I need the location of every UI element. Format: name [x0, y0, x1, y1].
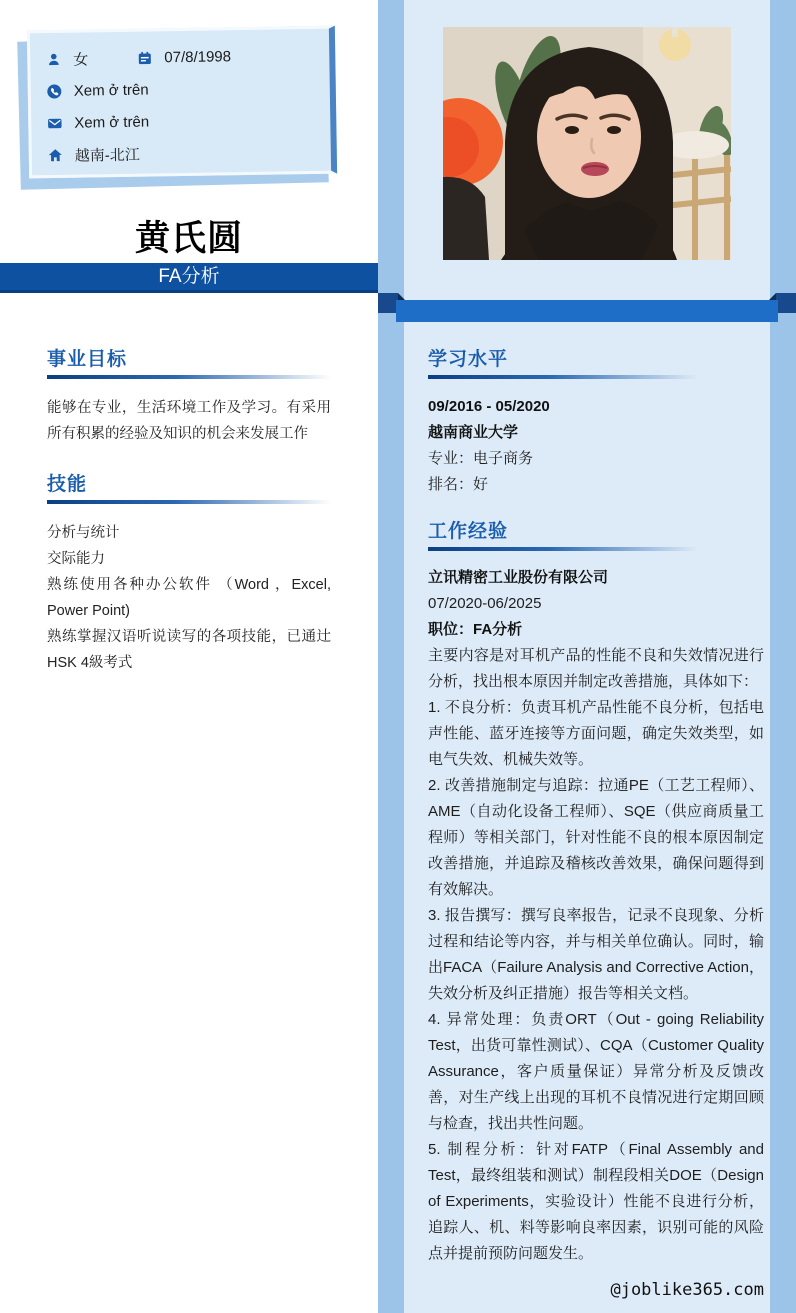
- contact-card: 女 07/8/1998: [27, 26, 337, 179]
- contact-card-wrap: 女 07/8/1998: [28, 28, 336, 176]
- home-icon: [48, 147, 63, 162]
- right-column: 学习水平 09/2016 - 05/2020 越南商业大学 专业：电子商务 排名…: [378, 0, 796, 1313]
- phone-value: Xem ở trên: [74, 81, 149, 99]
- education-block: 09/2016 - 05/2020 越南商业大学 专业：电子商务 排名：好: [428, 394, 764, 498]
- birthday-field: 07/8/1998: [137, 48, 231, 66]
- contact-row-email: Xem ở trên: [47, 103, 330, 139]
- email-icon: [47, 115, 62, 130]
- heading-underline: [428, 547, 698, 551]
- skill-item: 熟练使用各种办公软件 （Word ，Excel, Power Point): [47, 572, 331, 624]
- skills-heading: 技能: [47, 469, 331, 496]
- skill-item: 交际能力: [47, 546, 331, 572]
- contact-row-gender-birthday: 女 07/8/1998: [46, 39, 329, 75]
- experience-position: 职位：FA分析: [428, 617, 764, 643]
- experience-paragraph: 2. 改善措施制定与追踪：拉通PE（工艺工程师）、AME（自动化设备工程师）、S…: [428, 773, 764, 903]
- education-school: 越南商业大学: [428, 420, 764, 446]
- experience-paragraph: 主要内容是对耳机产品的性能不良和失效情况进行分析，找出根本原因并制定改善措施，具…: [428, 643, 764, 695]
- objective-heading: 事业目标: [47, 344, 331, 371]
- profile-photo: [443, 27, 731, 260]
- right-content: 学习水平 09/2016 - 05/2020 越南商业大学 专业：电子商务 排名…: [428, 344, 764, 1267]
- experience-paragraph: 5. 制程分析：针对FATP（Final Assembly and Test，最…: [428, 1137, 764, 1267]
- job-title-banner: FA分析: [0, 263, 378, 293]
- resume-page: 学习水平 09/2016 - 05/2020 越南商业大学 专业：电子商务 排名…: [0, 0, 796, 1313]
- education-rank: 排名：好: [428, 472, 764, 498]
- experience-heading: 工作经验: [428, 516, 764, 543]
- experience-paragraph: 4. 异常处理：负责ORT（Out - going Reliability Te…: [428, 1007, 764, 1137]
- experience-paragraph: 1. 不良分析：负责耳机产品性能不良分析，包括电声性能、蓝牙连接等方面问题，确定…: [428, 695, 764, 773]
- experience-company: 立讯精密工业股份有限公司: [428, 565, 764, 591]
- watermark-text: @joblike365.com: [610, 1280, 764, 1300]
- skill-item: 分析与统计: [47, 520, 331, 546]
- candidate-name: 黄氏圆: [0, 211, 378, 261]
- education-period: 09/2016 - 05/2020: [428, 394, 764, 420]
- skills-list: 分析与统计交际能力熟练使用各种办公软件 （Word ，Excel, Power …: [47, 520, 331, 676]
- contact-row-location: 越南-北江: [48, 135, 331, 171]
- location-value: 越南-北江: [75, 143, 140, 165]
- phone-icon: [47, 83, 62, 98]
- gender-field: 女: [46, 48, 88, 70]
- experience-description: 主要内容是对耳机产品的性能不良和失效情况进行分析，找出根本原因并制定改善措施，具…: [428, 643, 764, 1267]
- education-major: 专业：电子商务: [428, 446, 764, 472]
- education-heading: 学习水平: [428, 344, 764, 371]
- objective-text: 能够在专业，生活环境工作及学习。有采用所有积累的经验及知识的机会来发展工作: [47, 395, 331, 447]
- portrait-illustration: [443, 27, 731, 260]
- calendar-icon: [137, 50, 152, 65]
- phone-field: Xem ở trên: [47, 81, 149, 100]
- experience-period: 07/2020-06/2025: [428, 591, 764, 617]
- contact-row-phone: Xem ở trên: [47, 71, 330, 107]
- experience-block: 立讯精密工业股份有限公司 07/2020-06/2025 职位：FA分析 主要内…: [428, 565, 764, 1267]
- birthday-value: 07/8/1998: [164, 48, 231, 66]
- gender-value: 女: [73, 48, 88, 69]
- left-content: 事业目标 能够在专业，生活环境工作及学习。有采用所有积累的经验及知识的机会来发展…: [47, 344, 331, 676]
- left-column: 女 07/8/1998: [0, 0, 378, 1313]
- heading-underline: [47, 375, 331, 379]
- location-field: 越南-北江: [48, 143, 140, 165]
- heading-underline: [47, 500, 331, 504]
- heading-underline: [428, 375, 698, 379]
- ribbon-divider: [378, 288, 796, 328]
- experience-paragraph: 3. 报告撰写：撰写良率报告，记录不良现象、分析过程和结论等内容，并与相关单位确…: [428, 903, 764, 1007]
- person-icon: [46, 51, 61, 66]
- email-field: Xem ở trên: [47, 113, 149, 132]
- skill-item: 熟练掌握汉语听说读写的各项技能，已通辻 HSK 4級考式: [47, 624, 331, 676]
- email-value: Xem ở trên: [74, 113, 149, 131]
